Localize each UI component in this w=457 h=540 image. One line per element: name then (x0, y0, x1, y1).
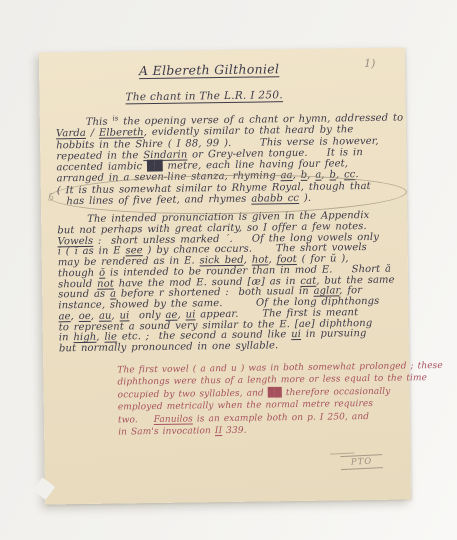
pencil-pto-mark: PTO (340, 454, 383, 470)
manuscript-heading: The chant in The L.R. I 250. (125, 89, 283, 103)
paragraph-pronunciation-notes: The intended pronunciation is given in t… (57, 210, 407, 355)
manuscript-photo: A Elbereth Gilthoniel 1) The chant in Th… (0, 0, 457, 540)
red-ink-note-diphthongs: The first vowel ( a and u ) was in both … (117, 360, 414, 439)
manuscript-title: A Elbereth Gilthoniel (109, 61, 309, 79)
paper-corner-notch (33, 477, 55, 499)
pencil-margin-mark: 5 (48, 192, 55, 203)
manuscript-paper-sheet: A Elbereth Gilthoniel 1) The chant in Th… (39, 47, 411, 504)
pencil-page-number: 1) (364, 57, 375, 70)
manuscript-line: but normally pronounced in one syllable. (59, 339, 407, 355)
